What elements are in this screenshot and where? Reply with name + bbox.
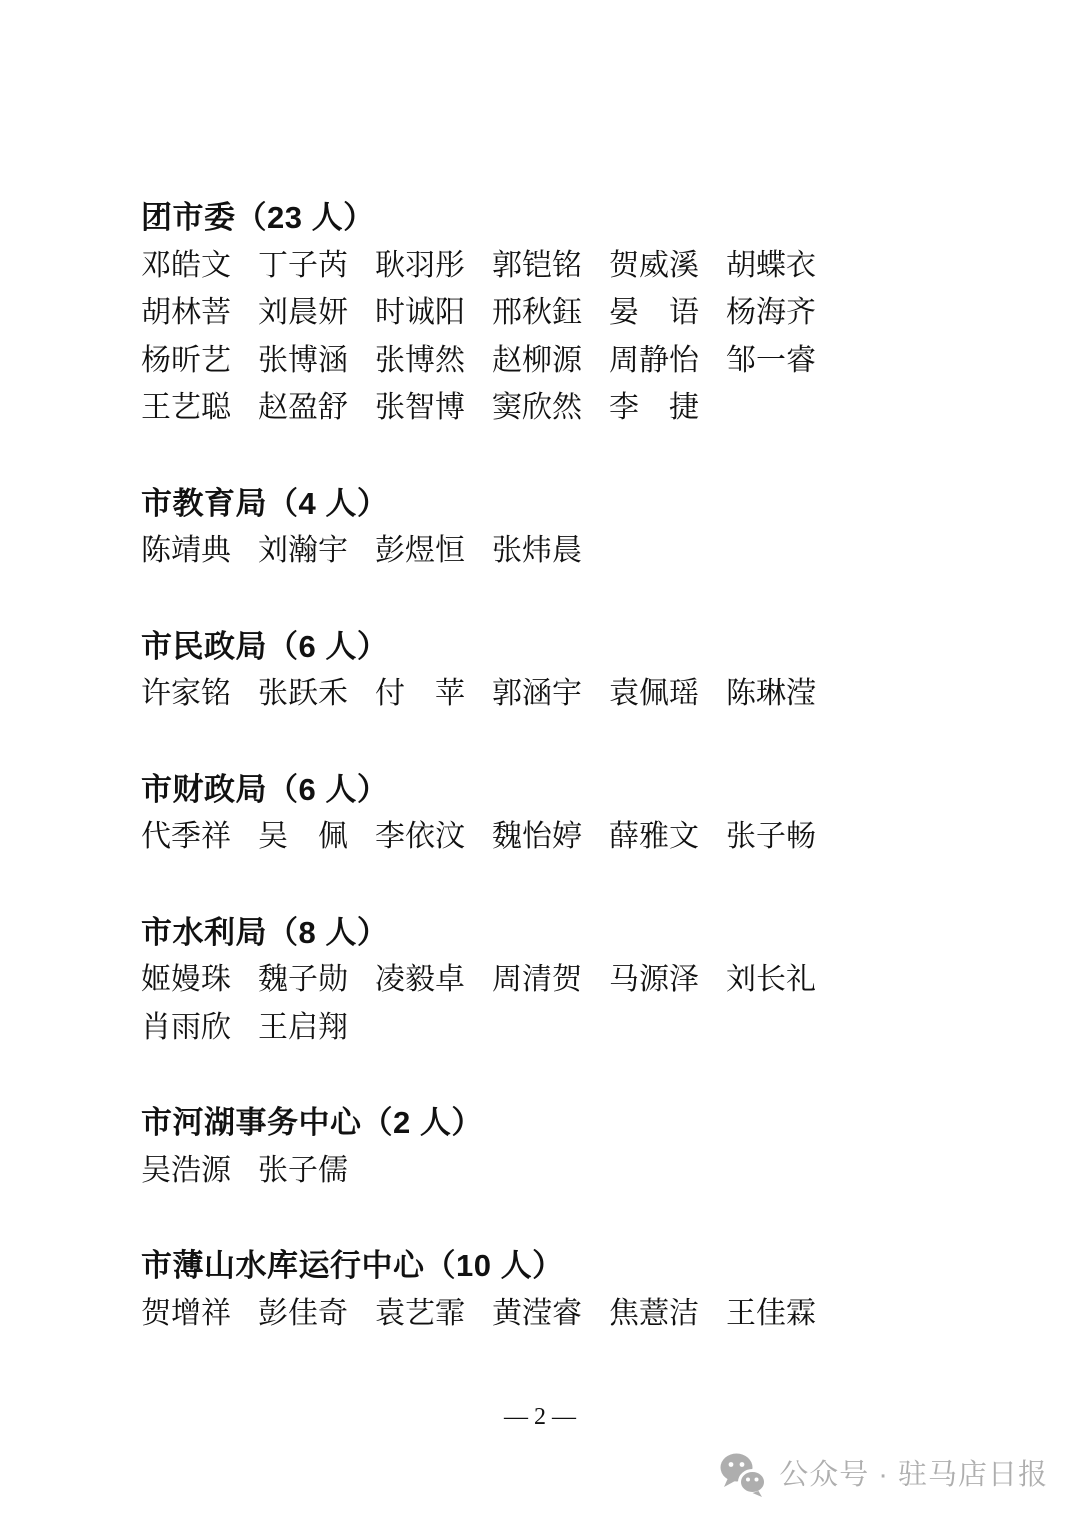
person-name: 耿羽彤 bbox=[375, 242, 465, 290]
person-name: 付 苹 bbox=[375, 670, 465, 718]
person-name: 贺增祥 bbox=[141, 1290, 231, 1338]
section-heading: 市薄山水库运行中心（10 人） bbox=[141, 1242, 1041, 1290]
person-name: 马源泽 bbox=[609, 956, 699, 1004]
section-heading: 市水利局（8 人） bbox=[141, 909, 1041, 957]
person-name: 刘长礼 bbox=[726, 956, 816, 1004]
department-section: 市河湖事务中心（2 人）吴浩源张子儒 bbox=[141, 1099, 1041, 1194]
person-name: 张炜晨 bbox=[492, 527, 582, 575]
watermark: 公众号 · 驻马店日报 bbox=[719, 1452, 1048, 1498]
person-name: 焦薏洁 bbox=[609, 1290, 699, 1338]
person-name: 张子畅 bbox=[726, 813, 816, 861]
person-name: 李依汶 bbox=[375, 813, 465, 861]
section-heading: 市教育局（4 人） bbox=[141, 480, 1041, 528]
department-section: 市民政局（6 人）许家铭张跃禾付 苹郭涵宇袁佩瑶陈琳滢 bbox=[141, 623, 1041, 718]
name-row: 杨昕艺张博涵张博然赵柳源周静怡邹一睿 bbox=[141, 337, 1041, 385]
person-name: 袁佩瑶 bbox=[609, 670, 699, 718]
person-name: 彭煜恒 bbox=[375, 527, 465, 575]
document-page: 团市委（23 人）邓皓文丁子芮耿羽彤郭铠铭贺威溪胡蝶衣胡林菩刘晨妍时诚阳邢秋鈺晏… bbox=[0, 0, 1080, 1527]
person-name: 杨海齐 bbox=[726, 289, 816, 337]
person-name: 刘晨妍 bbox=[258, 289, 348, 337]
section-heading: 团市委（23 人） bbox=[141, 194, 1041, 242]
person-name: 薛雅文 bbox=[609, 813, 699, 861]
person-name: 袁艺霏 bbox=[375, 1290, 465, 1338]
person-name: 陈靖典 bbox=[141, 527, 231, 575]
person-name: 王艺聪 bbox=[141, 384, 231, 432]
person-name: 肖雨欣 bbox=[141, 1004, 231, 1052]
name-row: 贺增祥彭佳奇袁艺霏黄滢睿焦薏洁王佳霖 bbox=[141, 1290, 1041, 1338]
person-name: 魏子勋 bbox=[258, 956, 348, 1004]
person-name: 刘瀚宇 bbox=[258, 527, 348, 575]
person-name: 黄滢睿 bbox=[492, 1290, 582, 1338]
name-list: 团市委（23 人）邓皓文丁子芮耿羽彤郭铠铭贺威溪胡蝶衣胡林菩刘晨妍时诚阳邢秋鈺晏… bbox=[141, 194, 1041, 1385]
person-name: 王佳霖 bbox=[726, 1290, 816, 1338]
person-name: 郭铠铭 bbox=[492, 242, 582, 290]
person-name: 姬嫚珠 bbox=[141, 956, 231, 1004]
section-heading: 市财政局（6 人） bbox=[141, 766, 1041, 814]
person-name: 凌毅卓 bbox=[375, 956, 465, 1004]
person-name: 代季祥 bbox=[141, 813, 231, 861]
person-name: 郭涵宇 bbox=[492, 670, 582, 718]
page-number: — 2 — bbox=[0, 1402, 1080, 1432]
person-name: 胡蝶衣 bbox=[726, 242, 816, 290]
person-name: 贺威溪 bbox=[609, 242, 699, 290]
name-row: 吴浩源张子儒 bbox=[141, 1147, 1041, 1195]
person-name: 张博涵 bbox=[258, 337, 348, 385]
department-section: 市薄山水库运行中心（10 人）贺增祥彭佳奇袁艺霏黄滢睿焦薏洁王佳霖 bbox=[141, 1242, 1041, 1337]
name-row: 代季祥吴 佩李依汶魏怡婷薛雅文张子畅 bbox=[141, 813, 1041, 861]
person-name: 张博然 bbox=[375, 337, 465, 385]
person-name: 彭佳奇 bbox=[258, 1290, 348, 1338]
person-name: 李 捷 bbox=[609, 384, 699, 432]
name-row: 邓皓文丁子芮耿羽彤郭铠铭贺威溪胡蝶衣 bbox=[141, 242, 1041, 290]
person-name: 陈琳滢 bbox=[726, 670, 816, 718]
watermark-label: 公众号 · 驻马店日报 bbox=[779, 1452, 1048, 1498]
person-name: 杨昕艺 bbox=[141, 337, 231, 385]
person-name: 许家铭 bbox=[141, 670, 231, 718]
name-row: 王艺聪赵盈舒张智博窦欣然李 捷 bbox=[141, 384, 1041, 432]
section-heading: 市民政局（6 人） bbox=[141, 623, 1041, 671]
person-name: 周静怡 bbox=[609, 337, 699, 385]
section-heading: 市河湖事务中心（2 人） bbox=[141, 1099, 1041, 1147]
person-name: 晏 语 bbox=[609, 289, 699, 337]
name-row: 陈靖典刘瀚宇彭煜恒张炜晨 bbox=[141, 527, 1041, 575]
person-name: 丁子芮 bbox=[258, 242, 348, 290]
person-name: 吴浩源 bbox=[141, 1147, 231, 1195]
department-section: 市水利局（8 人）姬嫚珠魏子勋凌毅卓周清贺马源泽刘长礼肖雨欣王启翔 bbox=[141, 909, 1041, 1052]
name-row: 许家铭张跃禾付 苹郭涵宇袁佩瑶陈琳滢 bbox=[141, 670, 1041, 718]
person-name: 赵柳源 bbox=[492, 337, 582, 385]
department-section: 市财政局（6 人）代季祥吴 佩李依汶魏怡婷薛雅文张子畅 bbox=[141, 766, 1041, 861]
person-name: 邢秋鈺 bbox=[492, 289, 582, 337]
department-section: 市教育局（4 人）陈靖典刘瀚宇彭煜恒张炜晨 bbox=[141, 480, 1041, 575]
person-name: 魏怡婷 bbox=[492, 813, 582, 861]
wechat-icon bbox=[719, 1452, 767, 1498]
name-row: 胡林菩刘晨妍时诚阳邢秋鈺晏 语杨海齐 bbox=[141, 289, 1041, 337]
person-name: 王启翔 bbox=[258, 1004, 348, 1052]
person-name: 吴 佩 bbox=[258, 813, 348, 861]
person-name: 张子儒 bbox=[258, 1147, 348, 1195]
department-section: 团市委（23 人）邓皓文丁子芮耿羽彤郭铠铭贺威溪胡蝶衣胡林菩刘晨妍时诚阳邢秋鈺晏… bbox=[141, 194, 1041, 432]
person-name: 张智博 bbox=[375, 384, 465, 432]
person-name: 邹一睿 bbox=[726, 337, 816, 385]
name-row: 肖雨欣王启翔 bbox=[141, 1004, 1041, 1052]
person-name: 窦欣然 bbox=[492, 384, 582, 432]
person-name: 时诚阳 bbox=[375, 289, 465, 337]
person-name: 胡林菩 bbox=[141, 289, 231, 337]
person-name: 赵盈舒 bbox=[258, 384, 348, 432]
person-name: 周清贺 bbox=[492, 956, 582, 1004]
name-row: 姬嫚珠魏子勋凌毅卓周清贺马源泽刘长礼 bbox=[141, 956, 1041, 1004]
person-name: 张跃禾 bbox=[258, 670, 348, 718]
person-name: 邓皓文 bbox=[141, 242, 231, 290]
